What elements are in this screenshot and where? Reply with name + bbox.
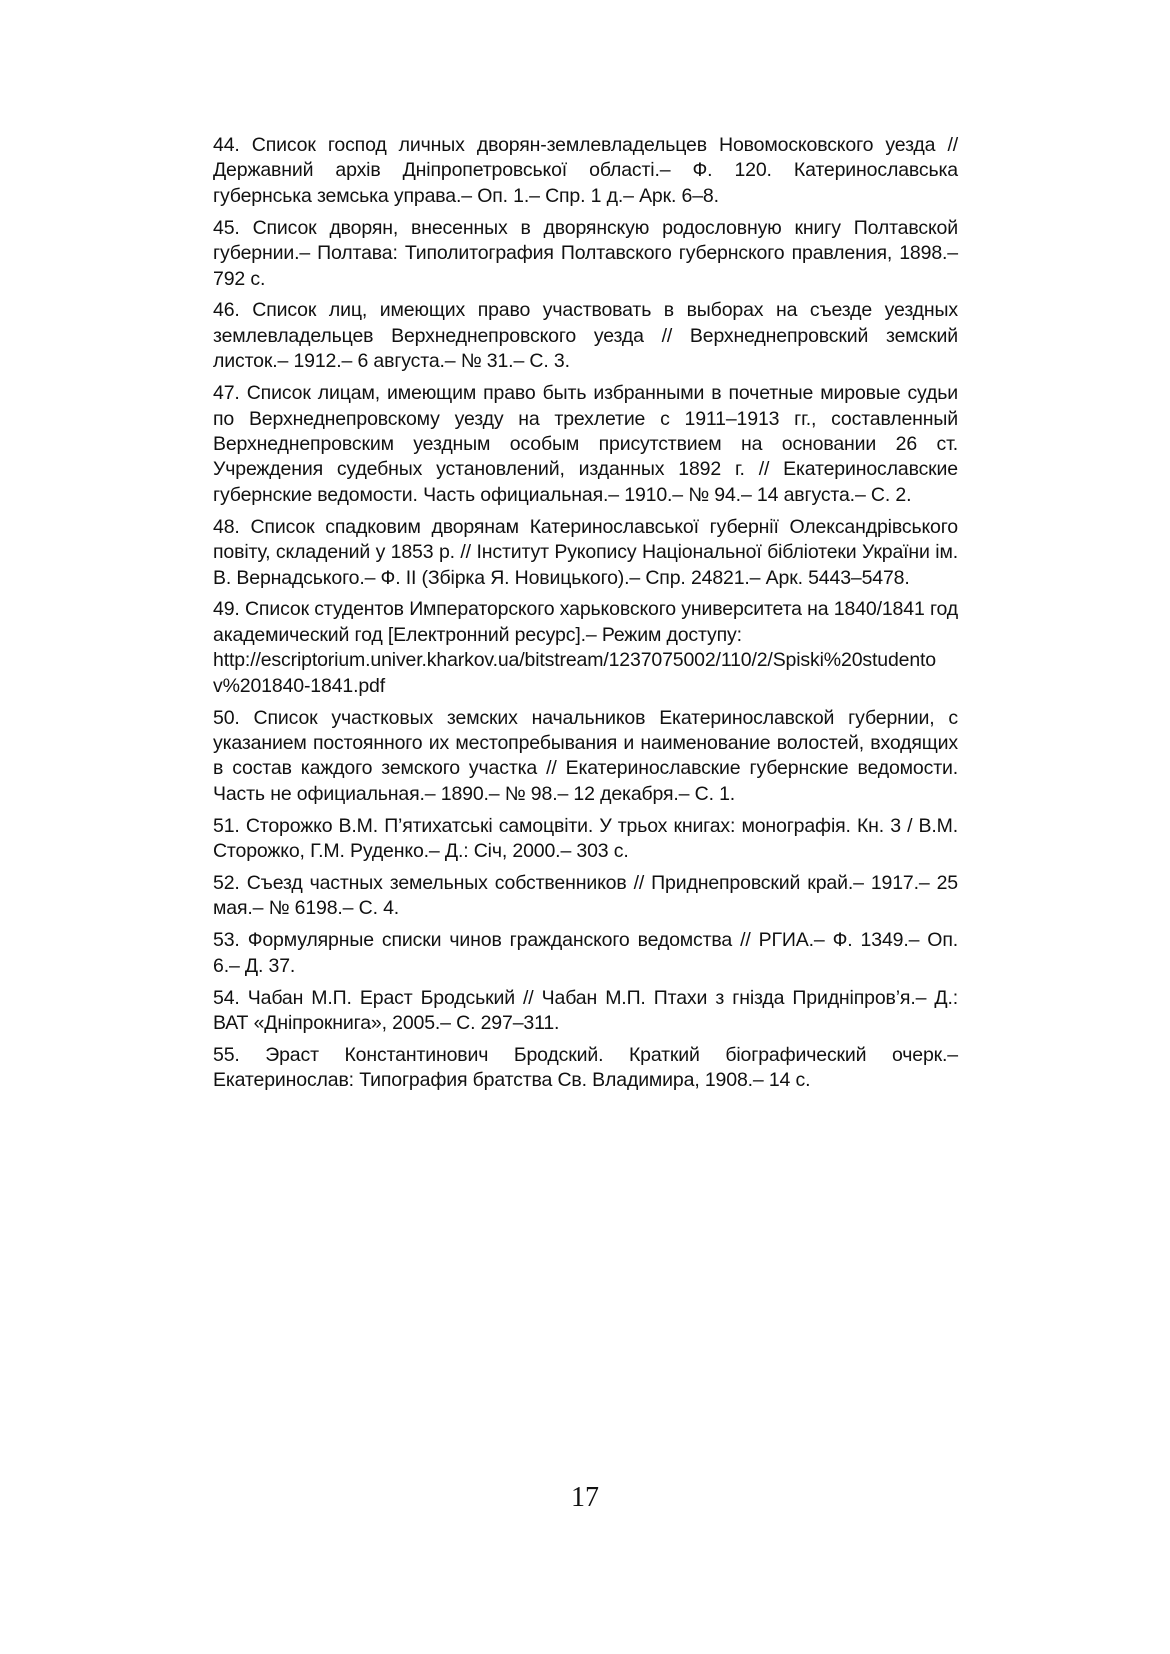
reference-text: Список спадковим дворянам Катеринославсь… xyxy=(213,516,958,589)
reference-item: 44. Список господ личных дворян-землевла… xyxy=(213,133,958,209)
reference-text: Съезд частных земельных собственников //… xyxy=(213,872,958,919)
reference-text: Список дворян, внесенных в дворянскую ро… xyxy=(213,217,958,290)
reference-item: 54. Чабан М.П. Ераст Бродський // Чабан … xyxy=(213,986,958,1037)
reference-item: 47. Список лицам, имеющим право быть изб… xyxy=(213,381,958,508)
reference-text: Сторожко В.М. П’ятихатські самоцвіти. У … xyxy=(213,815,958,862)
reference-text: Список господ личных дворян-землевладель… xyxy=(213,134,958,207)
reference-number: 49. xyxy=(213,598,240,620)
reference-number: 55. xyxy=(213,1044,240,1066)
reference-text: Список лицам, имеющим право быть избранн… xyxy=(213,382,958,506)
reference-text: Список участковых земских начальников Ек… xyxy=(213,707,958,805)
reference-number: 48. xyxy=(213,516,240,538)
reference-number: 50. xyxy=(213,707,240,729)
reference-number: 45. xyxy=(213,217,240,239)
reference-text: Список лиц, имеющих право участвовать в … xyxy=(213,299,958,372)
reference-item: 45. Список дворян, внесенных в дворянску… xyxy=(213,216,958,292)
reference-number: 51. xyxy=(213,815,240,837)
reference-item: 46. Список лиц, имеющих право участвоват… xyxy=(213,298,958,374)
reference-number: 52. xyxy=(213,872,240,894)
reference-number: 46. xyxy=(213,299,240,321)
reference-list: 44. Список господ личных дворян-землевла… xyxy=(213,133,958,1100)
reference-item: 51. Сторожко В.М. П’ятихатські самоцвіти… xyxy=(213,814,958,865)
reference-text: Эраст Константинович Бродский. Краткий б… xyxy=(213,1044,958,1091)
reference-number: 47. xyxy=(213,382,240,404)
reference-number: 53. xyxy=(213,929,240,951)
reference-item: 55. Эраст Константинович Бродский. Кратк… xyxy=(213,1043,958,1094)
reference-item: 52. Съезд частных земельных собственнико… xyxy=(213,871,958,922)
document-page: 44. Список господ личных дворян-землевла… xyxy=(0,0,1170,1654)
reference-item: 53. Формулярные списки чинов гражданског… xyxy=(213,928,958,979)
reference-item: 48. Список спадковим дворянам Катериносл… xyxy=(213,515,958,591)
reference-item: 50. Список участковых земских начальнико… xyxy=(213,706,958,808)
reference-text: Список студентов Императорского харьковс… xyxy=(213,598,958,645)
reference-number: 54. xyxy=(213,987,240,1009)
reference-text: Чабан М.П. Ераст Бродський // Чабан М.П.… xyxy=(213,987,958,1034)
reference-url-link[interactable]: http://escriptorium.univer.kharkov.ua/bi… xyxy=(213,648,958,699)
reference-number: 44. xyxy=(213,134,240,156)
page-number: 17 xyxy=(0,1482,1170,1514)
reference-item: 49. Список студентов Императорского харь… xyxy=(213,597,958,699)
reference-text: Формулярные списки чинов гражданского ве… xyxy=(213,929,958,976)
